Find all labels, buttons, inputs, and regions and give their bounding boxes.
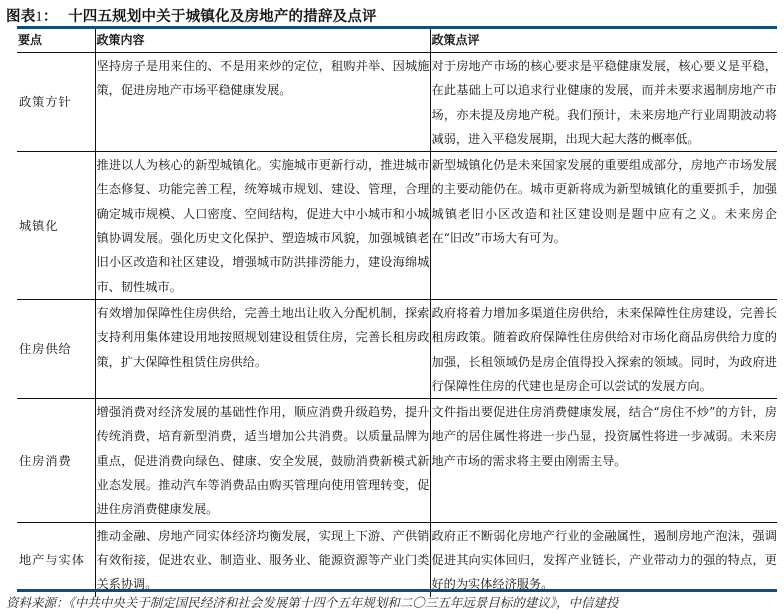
bottom-rule-divider: [17, 589, 777, 592]
figure-number: 1: [35, 9, 42, 25]
row-comment: 政府正不断弱化房地产行业的金融属性，遏制房地产泡沫，强调促进其向实体回归，发挥产…: [430, 522, 777, 596]
row-comment: 对于房地产市场的核心要求是平稳健康发展，核心要义是平稳，在此基础上可以追求行业健…: [430, 53, 777, 152]
row-content: 推进以人为核心的新型城镇化。实施城市更新行动，推进城市生态修复、功能完善工程，统…: [95, 152, 430, 300]
table-row: 地产与实体 推动金融、房地产同实体经济均衡发展，实现上下游、产供销有效衔接，促进…: [17, 522, 777, 596]
row-content: 增强消费对经济发展的基础性作用，顺应消费升级趋势，提升传统消费，培育新型消费，适…: [95, 399, 430, 522]
table-row: 住房消费 增强消费对经济发展的基础性作用，顺应消费升级趋势，提升传统消费，培育新…: [17, 399, 777, 522]
figure-title-text: 十四五规划中关于城镇化及房地产的措辞及点评: [68, 9, 377, 25]
header-content: 政策内容: [95, 29, 430, 53]
row-key: 城镇化: [17, 152, 95, 300]
row-key: 住房供给: [17, 299, 95, 398]
row-key: 地产与实体: [17, 522, 95, 596]
row-content: 推动金融、房地产同实体经济均衡发展，实现上下游、产供销有效衔接，促进农业、制造业…: [95, 522, 430, 596]
figure-title-separator: ：: [43, 9, 58, 25]
row-comment: 政府将着力增加多渠道住房供给，未来保障性住房建设，完善长租房政策。随着政府保障性…: [430, 299, 777, 398]
row-key: 政策方针: [17, 53, 95, 152]
row-content: 有效增加保障性住房供给，完善土地出让收入分配机制，探索支持利用集体建设用地按照规…: [95, 299, 430, 398]
header-key: 要点: [17, 29, 95, 53]
policy-table: 要点 政策内容 政策点评 政策方针 坚持房子是用来住的、不是用来炒的定位，租购并…: [17, 29, 777, 597]
source-note: 资料来源：《中共中央关于制定国民经济和社会发展第十四个五年规划和二〇三五年远景目…: [6, 593, 619, 611]
row-key: 住房消费: [17, 399, 95, 522]
figure-title: 图表1： 十四五规划中关于城镇化及房地产的措辞及点评: [6, 5, 377, 26]
table-row: 城镇化 推进以人为核心的新型城镇化。实施城市更新行动，推进城市生态修复、功能完善…: [17, 152, 777, 300]
row-content: 坚持房子是用来住的、不是用来炒的定位，租购并举、因城施策，促进房地产市场平稳健康…: [95, 53, 430, 152]
row-comment: 文件指出要促进住房消费健康发展，结合“房住不炒”的方针，房地产的居住属性将进一步…: [430, 399, 777, 522]
table-header-row: 要点 政策内容 政策点评: [17, 29, 777, 53]
figure-title-prefix: 图表: [6, 9, 35, 25]
row-comment: 新型城镇化仍是未来国家发展的重要组成部分，房地产市场发展的主要动能仍在。城市更新…: [430, 152, 777, 300]
table-row: 住房供给 有效增加保障性住房供给，完善土地出让收入分配机制，探索支持利用集体建设…: [17, 299, 777, 398]
table-row: 政策方针 坚持房子是用来住的、不是用来炒的定位，租购并举、因城施策，促进房地产市…: [17, 53, 777, 152]
header-comment: 政策点评: [430, 29, 777, 53]
